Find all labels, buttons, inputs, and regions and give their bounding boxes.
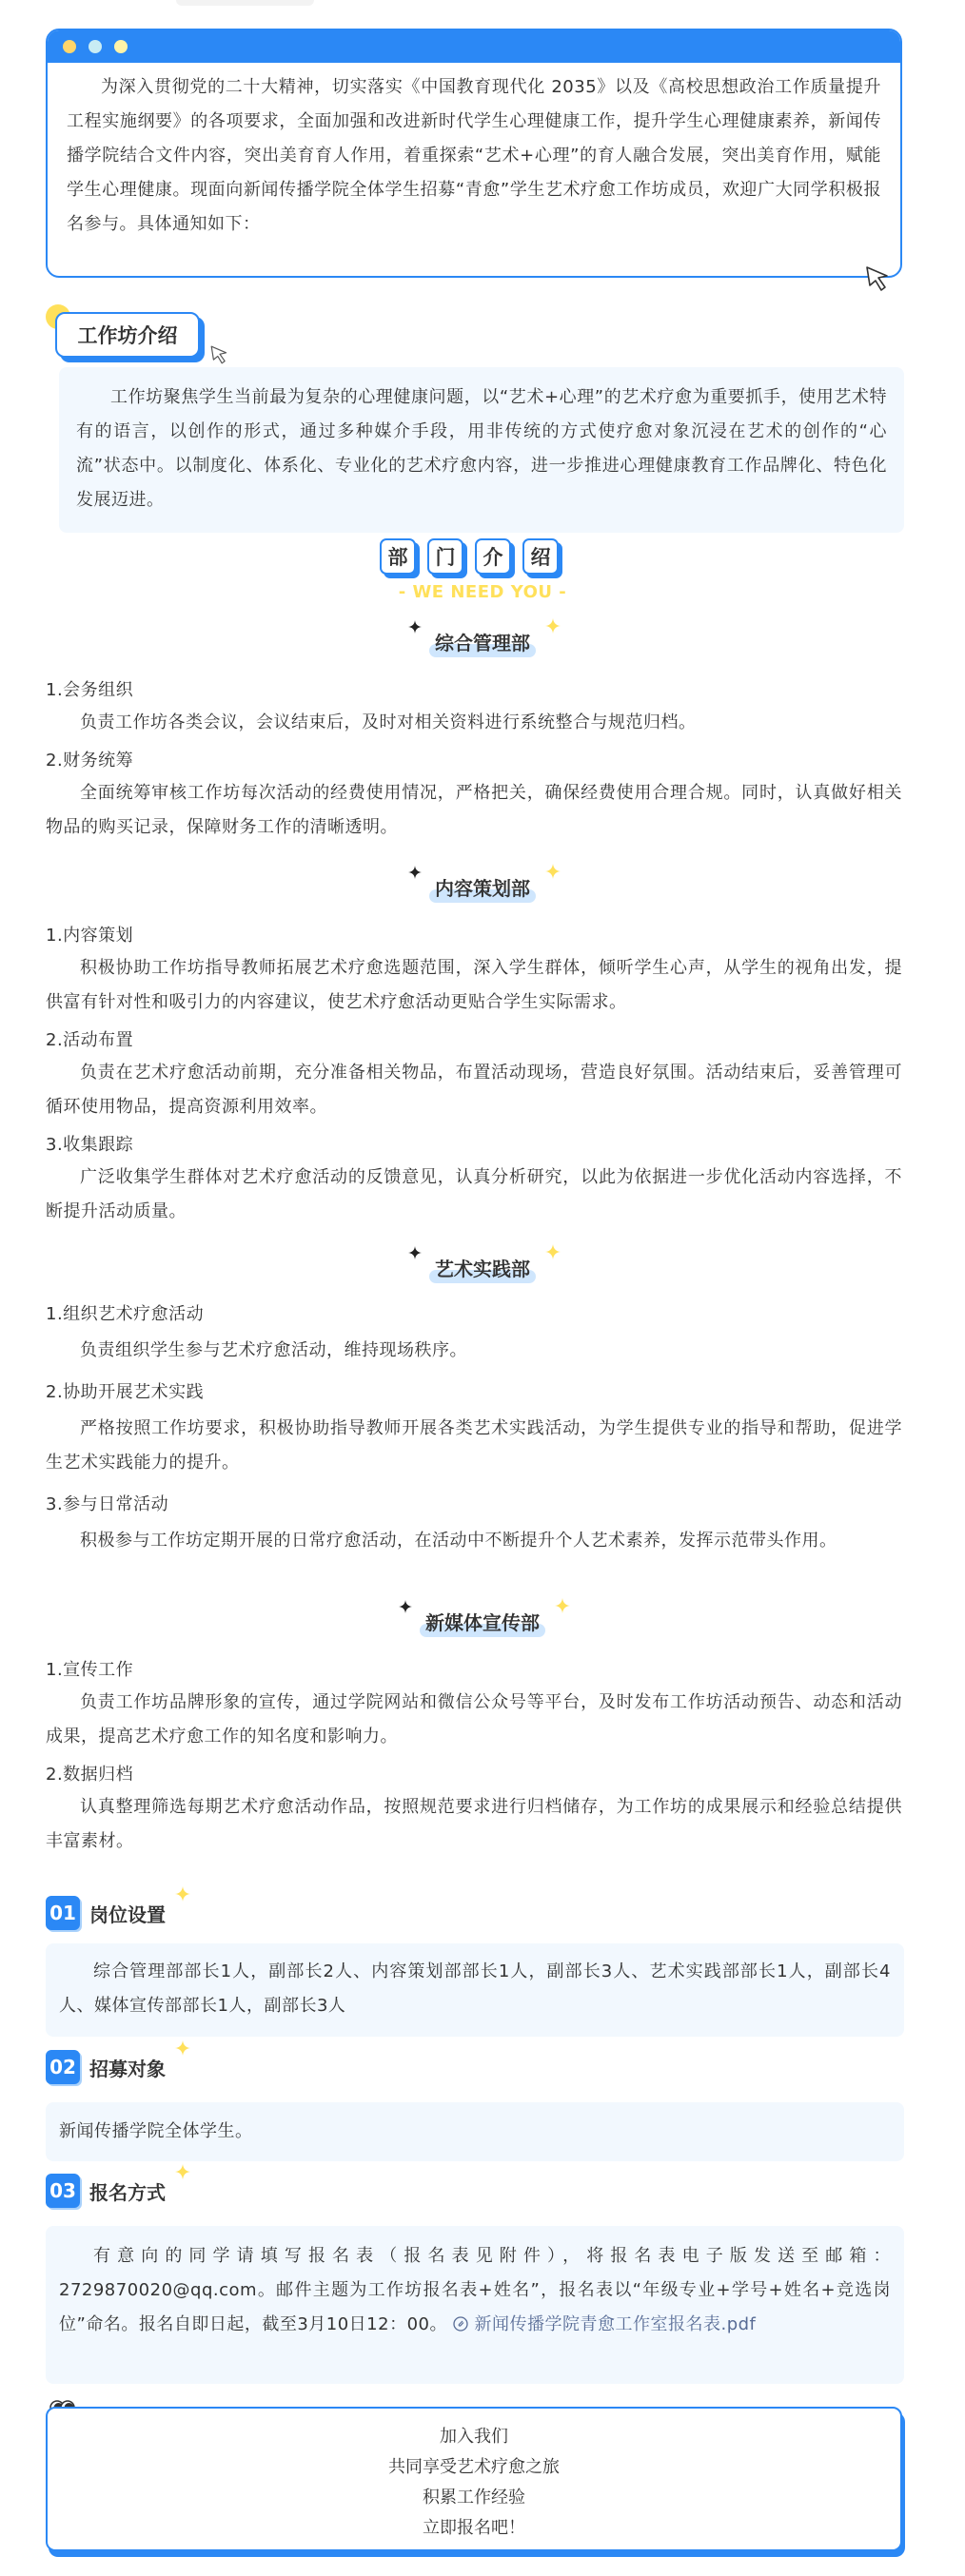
dept-heading-new-media: 新媒体宣传部 bbox=[0, 1608, 965, 1635]
item-body: 负责工作坊各类会议，会议结束后，及时对相关资料进行系统整合与规范归档。 bbox=[46, 706, 902, 740]
dept-items-new-media: 1.宣传工作 负责工作坊品牌形象的宣传，通过学院网站和微信公众号等平台，及时发布… bbox=[46, 1655, 902, 1859]
dept-heading-general-management: 综合管理部 bbox=[0, 628, 965, 655]
departments-title: 部 门 介 绍 bbox=[380, 538, 559, 575]
closing-card: 加入我们 共同享受艺术疗愈之旅 积累工作经验 立即报名吧！ bbox=[46, 2407, 902, 2551]
dept-name: 艺术实践部 bbox=[435, 1258, 530, 1280]
dept-name: 综合管理部 bbox=[435, 632, 530, 654]
title-char-box: 部 bbox=[380, 538, 416, 575]
attachment-link[interactable]: 新闻传播学院青愈工作室报名表.pdf bbox=[453, 2314, 756, 2334]
sparkle-dark-icon bbox=[399, 1600, 412, 1613]
section-title: 招募对象 bbox=[89, 2054, 166, 2081]
item-title: 1.宣传工作 bbox=[46, 1655, 902, 1686]
we-need-you-subtitle: - WE NEED YOU - bbox=[0, 582, 965, 602]
window-title-bar bbox=[48, 30, 900, 63]
title-char-box: 绍 bbox=[522, 538, 559, 575]
item-body: 认真整理筛选每期艺术疗愈活动作品，按照规范要求进行归档储存，为工作坊的成果展示和… bbox=[46, 1790, 902, 1859]
item-title: 3.参与日常活动 bbox=[46, 1490, 902, 1520]
item-body: 负责组织学生参与艺术疗愈活动，维持现场秩序。 bbox=[46, 1334, 902, 1368]
sparkle-yellow-icon bbox=[175, 2164, 190, 2179]
item-body: 积极参与工作坊定期开展的日常疗愈活动，在活动中不断提升个人艺术素养，发挥示范带头… bbox=[46, 1524, 902, 1558]
item-title: 1.内容策划 bbox=[46, 921, 902, 951]
section-number-badge: 01 bbox=[46, 1896, 80, 1930]
sparkle-yellow-icon bbox=[555, 1598, 570, 1613]
closing-line: 共同享受艺术疗愈之旅 bbox=[48, 2452, 900, 2483]
dept-items-content-planning: 1.内容策划 积极协助工作坊指导教师拓展艺术疗愈选题范围，深入学生群体，倾听学生… bbox=[46, 921, 902, 1229]
dept-items-art-practice: 1.组织艺术疗愈活动 负责组织学生参与艺术疗愈活动，维持现场秩序。 2.协助开展… bbox=[46, 1299, 902, 1558]
workshop-intro-box: 工作坊聚焦学生当前最为复杂的心理健康问题，以“艺术+心理”的艺术疗愈为重要抓手，… bbox=[59, 367, 904, 533]
item-title: 2.财务统筹 bbox=[46, 746, 902, 776]
sparkle-dark-icon bbox=[408, 1246, 422, 1259]
sparkle-yellow-icon bbox=[545, 1244, 561, 1259]
closing-line: 积累工作经验 bbox=[48, 2483, 900, 2513]
item-body: 广泛收集学生群体对艺术疗愈活动的反馈意见，认真分析研究，以此为依据进一步优化活动… bbox=[46, 1161, 902, 1229]
top-tab-decoration bbox=[176, 0, 314, 6]
dept-heading-art-practice: 艺术实践部 bbox=[0, 1254, 965, 1281]
item-body: 严格按照工作坊要求，积极协助指导教师开展各类艺术实践活动，为学生提供专业的指导和… bbox=[46, 1412, 902, 1480]
sparkle-dark-icon bbox=[408, 866, 422, 879]
section-heading-signup: 03 报名方式 bbox=[46, 2174, 166, 2208]
positions-box: 综合管理部部长1人，副部长2人、内容策划部部长1人，副部长3人、艺术实践部部长1… bbox=[46, 1943, 904, 2037]
intro-paragraph: 为深入贯彻党的二十大精神，切实落实《中国教育现代化 2035》以及《高校思想政治… bbox=[48, 63, 900, 242]
workshop-intro-tag: 工作坊介绍 bbox=[55, 312, 200, 358]
window-dot-icon bbox=[63, 40, 76, 53]
attachment-filename[interactable]: 新闻传播学院青愈工作室报名表.pdf bbox=[474, 2314, 756, 2334]
dept-name: 内容策划部 bbox=[435, 877, 530, 900]
section-title-text: 报名方式 bbox=[89, 2181, 166, 2204]
closing-line: 加入我们 bbox=[48, 2422, 900, 2452]
item-title: 3.收集跟踪 bbox=[46, 1130, 902, 1161]
item-title: 2.活动布置 bbox=[46, 1025, 902, 1056]
attachment-icon bbox=[453, 2316, 468, 2332]
section-title: 岗位设置 bbox=[89, 1900, 166, 1927]
closing-line: 立即报名吧！ bbox=[48, 2513, 900, 2544]
intro-window-card: 为深入贯彻党的二十大精神，切实落实《中国教育现代化 2035》以及《高校思想政治… bbox=[46, 29, 902, 278]
dept-heading-content-planning: 内容策划部 bbox=[0, 873, 965, 901]
section-number-badge: 03 bbox=[46, 2174, 80, 2208]
item-body: 积极协助工作坊指导教师拓展艺术疗愈选题范围，深入学生群体，倾听学生心声，从学生的… bbox=[46, 951, 902, 1020]
sparkle-yellow-icon bbox=[175, 1886, 190, 1902]
dept-items-general-management: 1.会务组织 负责工作坊各类会议，会议结束后，及时对相关资料进行系统整合与规范归… bbox=[46, 675, 902, 845]
window-dot-icon bbox=[114, 40, 128, 53]
sparkle-yellow-icon bbox=[175, 2040, 190, 2056]
section-title-text: 招募对象 bbox=[89, 2058, 166, 2080]
item-body: 负责工作坊品牌形象的宣传，通过学院网站和微信公众号等平台，及时发布工作坊活动预告… bbox=[46, 1686, 902, 1754]
sparkle-yellow-icon bbox=[545, 618, 561, 634]
item-title: 1.会务组织 bbox=[46, 675, 902, 706]
item-title: 2.协助开展艺术实践 bbox=[46, 1377, 902, 1408]
target-box: 新闻传播学院全体学生。 bbox=[46, 2102, 904, 2161]
section-number-badge: 02 bbox=[46, 2050, 80, 2084]
item-title: 2.数据归档 bbox=[46, 1760, 902, 1790]
item-title: 1.组织艺术疗愈活动 bbox=[46, 1299, 902, 1330]
item-body: 负责在艺术疗愈活动前期，充分准备相关物品，布置活动现场，营造良好氛围。活动结束后… bbox=[46, 1056, 902, 1124]
title-char-box: 门 bbox=[427, 538, 463, 575]
mouse-cursor-icon bbox=[209, 344, 230, 365]
dept-name: 新媒体宣传部 bbox=[425, 1611, 540, 1634]
mouse-cursor-icon bbox=[864, 264, 893, 293]
section-title-text: 岗位设置 bbox=[89, 1903, 166, 1926]
signup-box: 有意向的同学请填写报名表（报名表见附件），将报名表电子版发送至邮箱：272987… bbox=[46, 2226, 904, 2384]
title-char-box: 介 bbox=[475, 538, 511, 575]
section-heading-positions: 01 岗位设置 bbox=[46, 1896, 166, 1930]
sparkle-yellow-icon bbox=[545, 864, 561, 879]
sparkle-dark-icon bbox=[408, 620, 422, 634]
section-title: 报名方式 bbox=[89, 2177, 166, 2205]
window-dot-icon bbox=[89, 40, 102, 53]
item-body: 全面统筹审核工作坊每次活动的经费使用情况，严格把关，确保经费使用合理合规。同时，… bbox=[46, 776, 902, 845]
section-heading-target: 02 招募对象 bbox=[46, 2050, 166, 2084]
